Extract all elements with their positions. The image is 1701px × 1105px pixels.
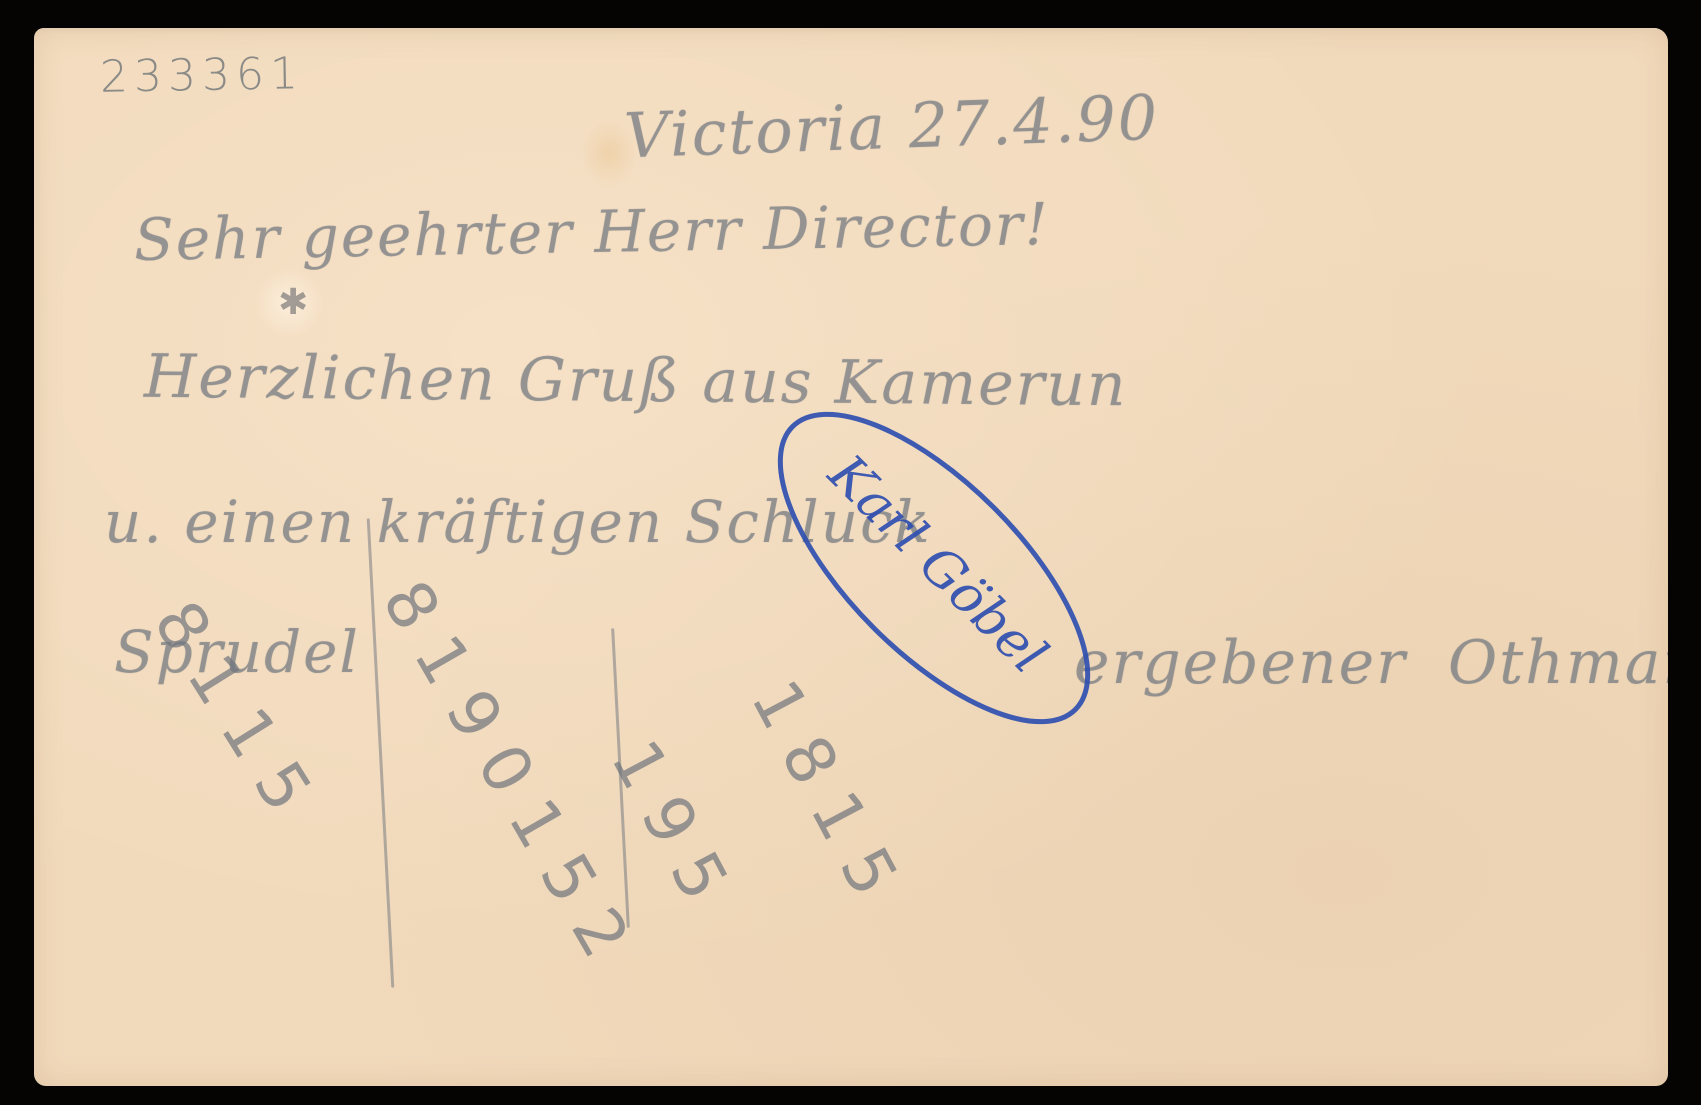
document-viewport: 233361 ✱ Victoria 27.4.90 Sehr geehrter … xyxy=(0,0,1701,1105)
stamp-text: Karl Göbel xyxy=(816,443,1058,685)
postcard: 233361 ✱ Victoria 27.4.90 Sehr geehrter … xyxy=(34,28,1668,1086)
salutation-line: Sehr geehrter Herr Director! xyxy=(133,190,1050,274)
signature-text: Othmann. xyxy=(1448,628,1668,698)
embossed-eagle-mark: ✱ xyxy=(254,268,324,338)
eagle-icon: ✱ xyxy=(278,282,308,323)
oval-stamp-icon: Karl Göbel xyxy=(744,418,1124,718)
karl-goebel-stamp: Karl Göbel xyxy=(744,418,1124,718)
greeting-line: Herzlichen Gruß aus Kamerun xyxy=(144,342,1128,421)
archive-number: 233361 xyxy=(100,48,305,103)
place-date-line: Victoria 27.4.90 xyxy=(623,81,1160,173)
calc-divider-1 xyxy=(367,518,395,988)
card-edge xyxy=(34,28,1668,34)
signature-line: ergebener Othmann. xyxy=(1074,628,1668,698)
calc-column-3: 1 9 5 xyxy=(596,728,743,912)
